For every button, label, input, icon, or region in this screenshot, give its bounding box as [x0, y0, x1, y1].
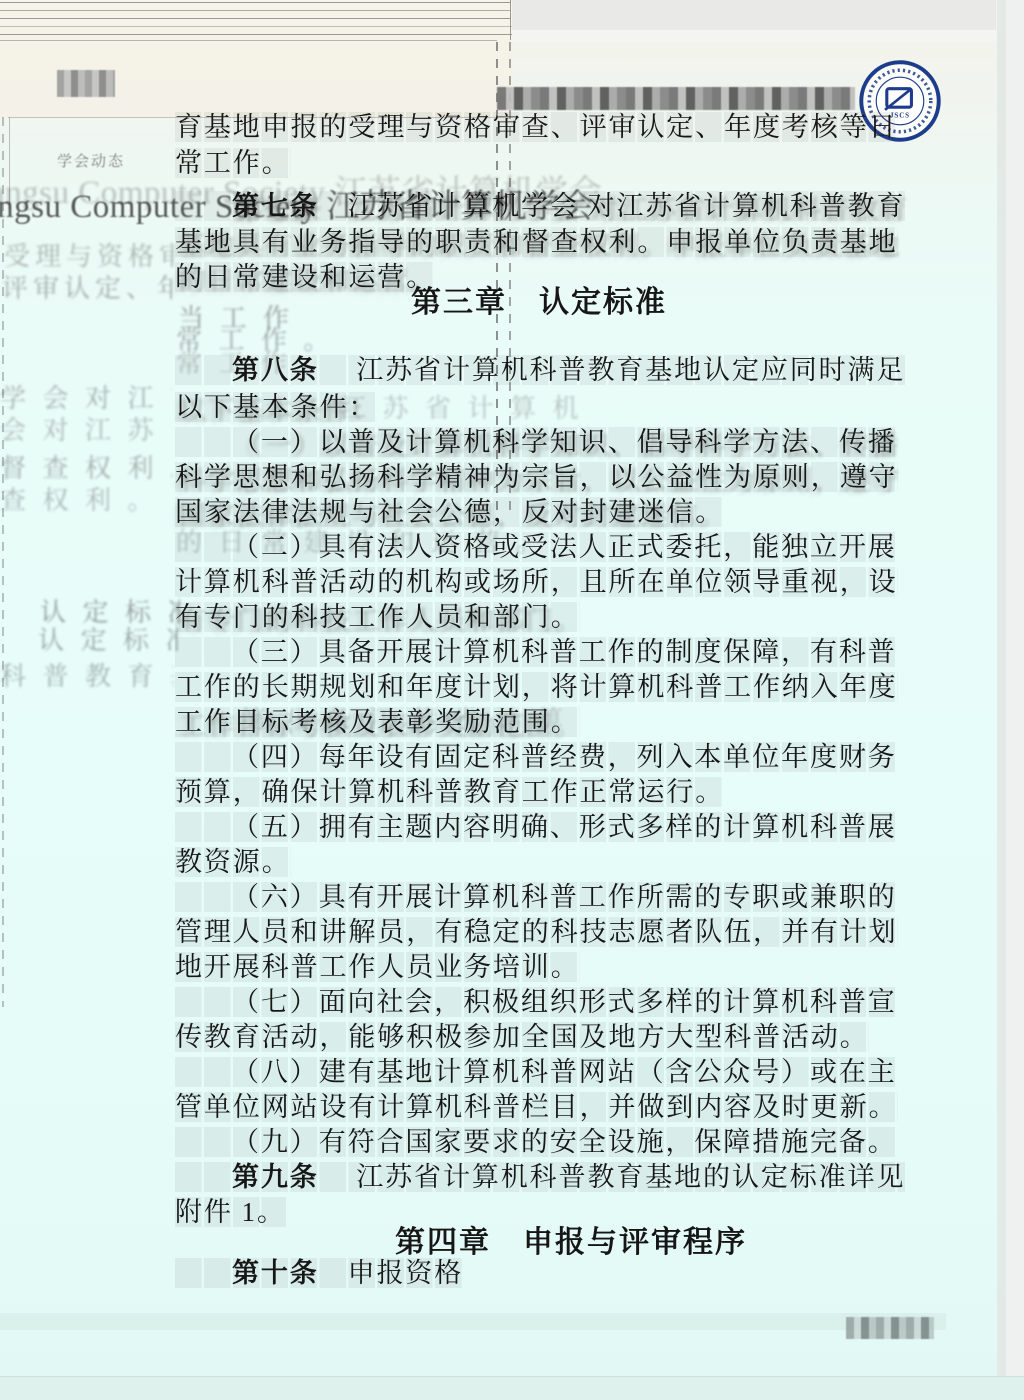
- doc-line: 以下基本条件：: [175, 392, 377, 422]
- doc-line: 第八条 江苏省计算机科普教育基地认定应同时满足: [175, 355, 905, 385]
- right-page-edge: [997, 0, 1006, 1400]
- doc-line: （五）拥有主题内容明确、形式多样的计算机科普展: [175, 812, 897, 842]
- doc-line: 教资源。: [175, 847, 291, 877]
- doc-line: 地开展科普工作人员业务培训。: [175, 952, 580, 982]
- doc-line: 有专门的科技工作人员和部门。: [175, 602, 580, 632]
- ghost-fragment: 认 定 标 准: [40, 592, 180, 629]
- ghost-fragment: 会 对 江 苏 省 计 算: [0, 410, 172, 447]
- left-dashed-edge: [2, 117, 4, 1007]
- doc-line: 计算机科普活动的机构或场所，且所在单位领导重视，设: [175, 567, 898, 597]
- doc-line: 预算，确保计算机科普教育工作正常运行。: [175, 777, 724, 807]
- doc-line: （七）面向社会，积极组织形式多样的计算机科普宣: [175, 987, 897, 1017]
- article-text: 江苏省计算机学会 对江苏省计算机科普教育: [319, 191, 906, 221]
- scanned-document-page: 学会动态 angsu Computer Society 江苏省计算机学会 ang…: [0, 0, 1024, 1400]
- ghost-fragment: 学 会 对 江 苏 省 计: [0, 378, 172, 415]
- doc-line: （六）具有开展计算机科普工作所需的专职或兼职的: [175, 882, 897, 912]
- ghost-fragment: 认 定 标 准: [38, 620, 178, 657]
- doc-line: 传教育活动，能够积极参加全国及地方大型科普活动。: [175, 1022, 869, 1052]
- doc-line: （一）以普及计算机科学知识、倡导科学方法、传播: [175, 427, 897, 457]
- chapter-heading: 第三章 认定标准: [189, 288, 889, 318]
- doc-line: （二）具有法人资格或受法人正式委托，能独立开展: [175, 532, 897, 562]
- ghost-fragment: 督 查 权 利 。 申 报: [0, 448, 172, 485]
- doc-line: 附件 1。: [175, 1197, 286, 1227]
- ghost-fragment: 受理与资格审查、评: [4, 236, 174, 273]
- document-text-column: 育基地申报的受理与资格审查、评审认定、年度考核等日常工作。第七条 江苏省计算机学…: [175, 0, 875, 1400]
- article-number: 第十条: [232, 1258, 319, 1288]
- ghost-fragment: 评审认定、年度考核: [2, 268, 172, 305]
- article-text: 江苏省计算机科普教育基地认定应同时满足: [319, 355, 906, 385]
- doc-line: （九）有符合国家要求的安全设施，保障措施完备。: [175, 1127, 897, 1157]
- chapter-heading: 第四章 申报与评审程序: [221, 1228, 921, 1258]
- article-text: 江苏省计算机科普教育基地的认定标准详见: [319, 1162, 906, 1192]
- doc-line: （四）每年设有固定科普经费，列入本单位年度财务: [175, 742, 897, 772]
- article-number: 第七条: [232, 191, 319, 221]
- doc-line: 工作的长期规划和年度计划，将计算机科普工作纳入年度: [175, 672, 898, 702]
- doc-line: 第七条 江苏省计算机学会 对江苏省计算机科普教育: [175, 191, 905, 221]
- article-number: 第八条: [232, 355, 319, 385]
- doc-line: （三）具备开展计算机科普工作的制度保障，有科普: [175, 637, 897, 667]
- article-text: 申报资格: [319, 1258, 464, 1288]
- doc-line: 基地具有业务指导的职责和督查权利。申报单位负责基地: [175, 227, 898, 257]
- doc-line: 国家法律法规与社会公德，反对封建迷信。: [175, 497, 724, 527]
- doc-line: 育基地申报的受理与资格审查、评审认定、年度考核等日: [175, 112, 898, 142]
- doc-line: 管单位网站设有计算机科普栏目，并做到内容及时更新。: [175, 1092, 898, 1122]
- doc-line: 管理人员和讲解员，有稳定的科技志愿者队伍，并有计划: [175, 917, 898, 947]
- doc-line: 常工作。: [175, 148, 291, 178]
- ghost-fragment: 科 普 教 育 基 地 认: [0, 656, 174, 693]
- doc-line: 第十条 申报资格: [175, 1258, 463, 1288]
- right-page-edge-outer: [1006, 0, 1024, 1400]
- doc-line: 科学思想和弘扬科学精神为宗旨，以公益性为原则，遵守: [175, 462, 898, 492]
- doc-line: 工作目标考核及表彰奖励范围。: [175, 707, 580, 737]
- doc-line: （八）建有基地计算机科普网站（含公众号）或在主: [175, 1057, 897, 1087]
- ghost-fragment: 查 权 利 。 申 报 单: [0, 480, 172, 517]
- article-number: 第九条: [232, 1162, 319, 1192]
- doc-line: 第九条 江苏省计算机科普教育基地的认定标准详见: [175, 1162, 905, 1192]
- redaction-blur-block: [57, 70, 115, 97]
